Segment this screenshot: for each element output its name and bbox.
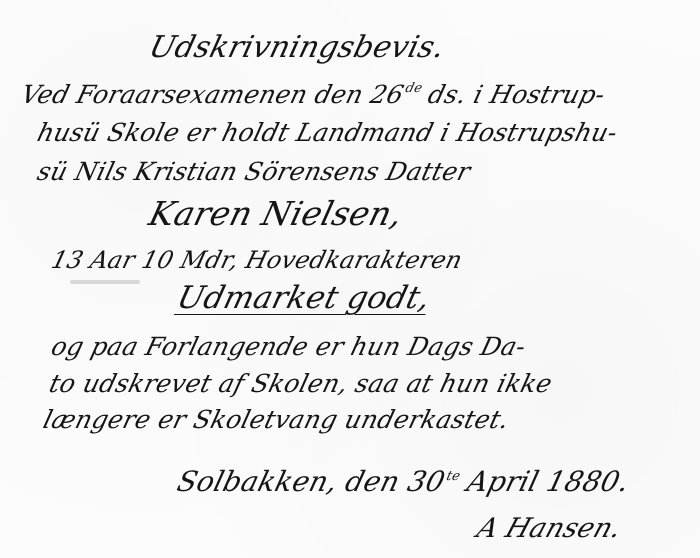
- body-line-1: Ved Foraarsexamenen den 26de ds. i Hostr…: [18, 80, 608, 109]
- signature: A Hansen.: [473, 513, 626, 544]
- body-line-7: og paa Forlangende er hun Dags Da-: [48, 332, 528, 361]
- place-date-prefix: Solbakken, den 30: [174, 465, 449, 498]
- age-and-grade-label: 13 Aar 10 Mdr, Hovedkarakteren: [49, 246, 466, 274]
- body-line-9: længere er Skoletvang underkastet.: [40, 405, 512, 434]
- student-name: Karen Nielsen,: [145, 194, 407, 233]
- body-line-3: sü Nils Kristian Sörensens Datter: [34, 157, 473, 186]
- place-and-date: Solbakken, den 30te April 1880.: [174, 465, 633, 498]
- faint-ink-mark: [70, 280, 140, 284]
- body-line-2: husü Skole er holdt Landmand i Hostrupsh…: [34, 118, 620, 147]
- body-line-8: to udskrevet af Skolen, saa at hun ikke: [46, 369, 555, 398]
- document-page: Udskrivningsbevis. Ved Foraarsexamenen d…: [0, 0, 700, 558]
- body-line-1-suffix: ds. i Hostrup-: [417, 80, 608, 109]
- grade-value: Udmarket godt,: [174, 280, 435, 316]
- body-line-1-text: Ved Foraarsexamenen den 26: [18, 80, 406, 109]
- place-date-suffix: April 1880.: [455, 465, 633, 498]
- document-title: Udskrivningsbevis.: [146, 30, 449, 65]
